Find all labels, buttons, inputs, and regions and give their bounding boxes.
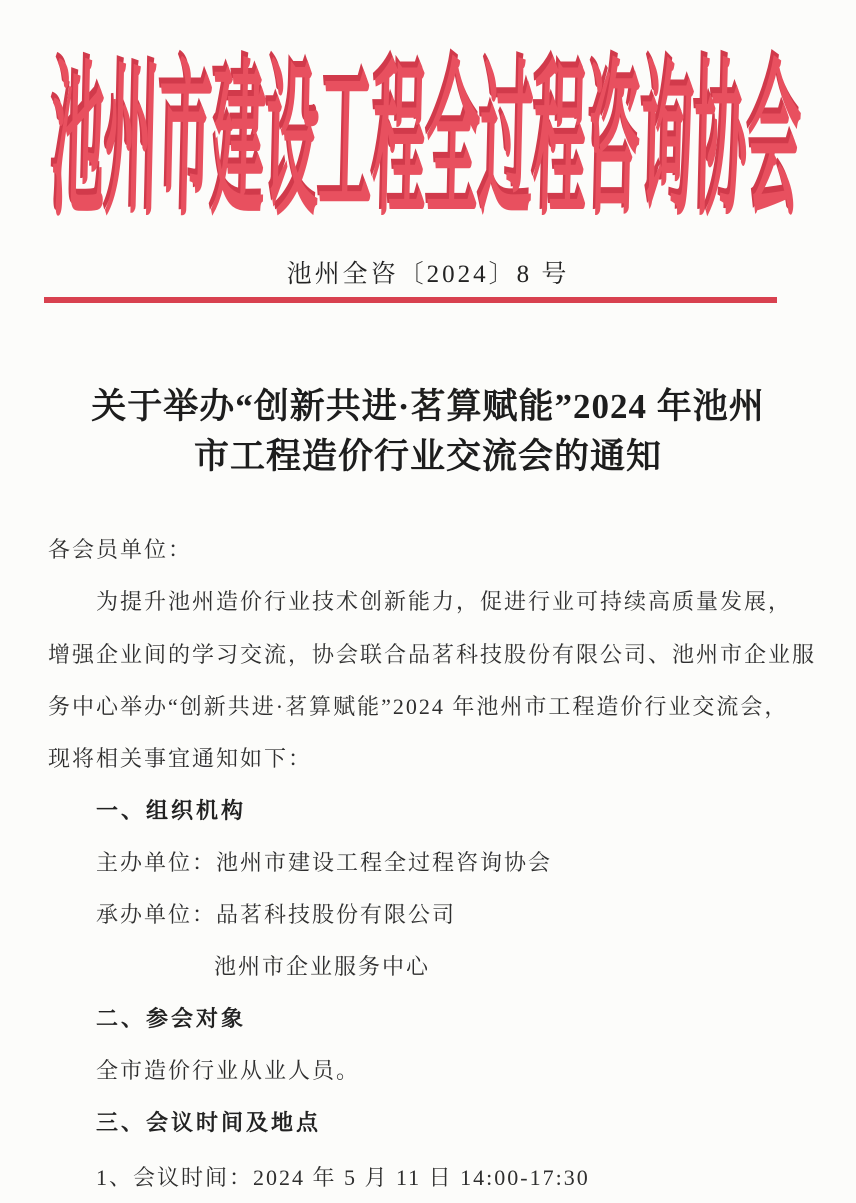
org-banner-title: 池州市建设工程全过程咨询协会 (50, 60, 803, 228)
organizer-unit-line: 承办单位：品茗科技股份有限公司 (96, 903, 456, 927)
paragraph-line: 务中心举办“创新共进·茗算赋能”2024 年池州市工程造价行业交流会， (48, 695, 788, 719)
attendees-line: 全市造价行业从业人员。 (96, 1059, 360, 1083)
doc-title-line1: 关于举办“创新共进·茗算赋能”2024 年池州 (0, 382, 856, 432)
doc-number: 池州全咨〔2024〕8 号 (0, 254, 856, 290)
meeting-time-line: 1、会议时间：2024 年 5 月 11 日 14:00-17:30 (96, 1166, 590, 1190)
paragraph-line: 为提升池州造价行业技术创新能力，促进行业可持续高质量发展， (96, 590, 792, 614)
paragraph-line: 现将相关事宜通知如下： (48, 747, 312, 771)
doc-title-line2: 市工程造价行业交流会的通知 (0, 432, 856, 482)
host-unit-line: 主办单位：池州市建设工程全过程咨询协会 (96, 851, 552, 875)
salutation: 各会员单位： (48, 538, 192, 562)
organizer-unit-line2: 池州市企业服务中心 (214, 955, 430, 979)
paragraph-line: 增强企业间的学习交流，协会联合品茗科技股份有限公司、池州市企业服 (48, 643, 816, 667)
notice-document-page: 池州市建设工程全过程咨询协会 池州全咨〔2024〕8 号 关于举办“创新共进·茗… (0, 0, 856, 1203)
red-divider-line (44, 297, 777, 303)
section2-heading: 二、参会对象 (96, 1007, 246, 1031)
section3-heading: 三、会议时间及地点 (96, 1111, 321, 1135)
doc-title: 关于举办“创新共进·茗算赋能”2024 年池州 市工程造价行业交流会的通知 (0, 382, 856, 482)
section1-heading: 一、组织机构 (96, 799, 246, 823)
